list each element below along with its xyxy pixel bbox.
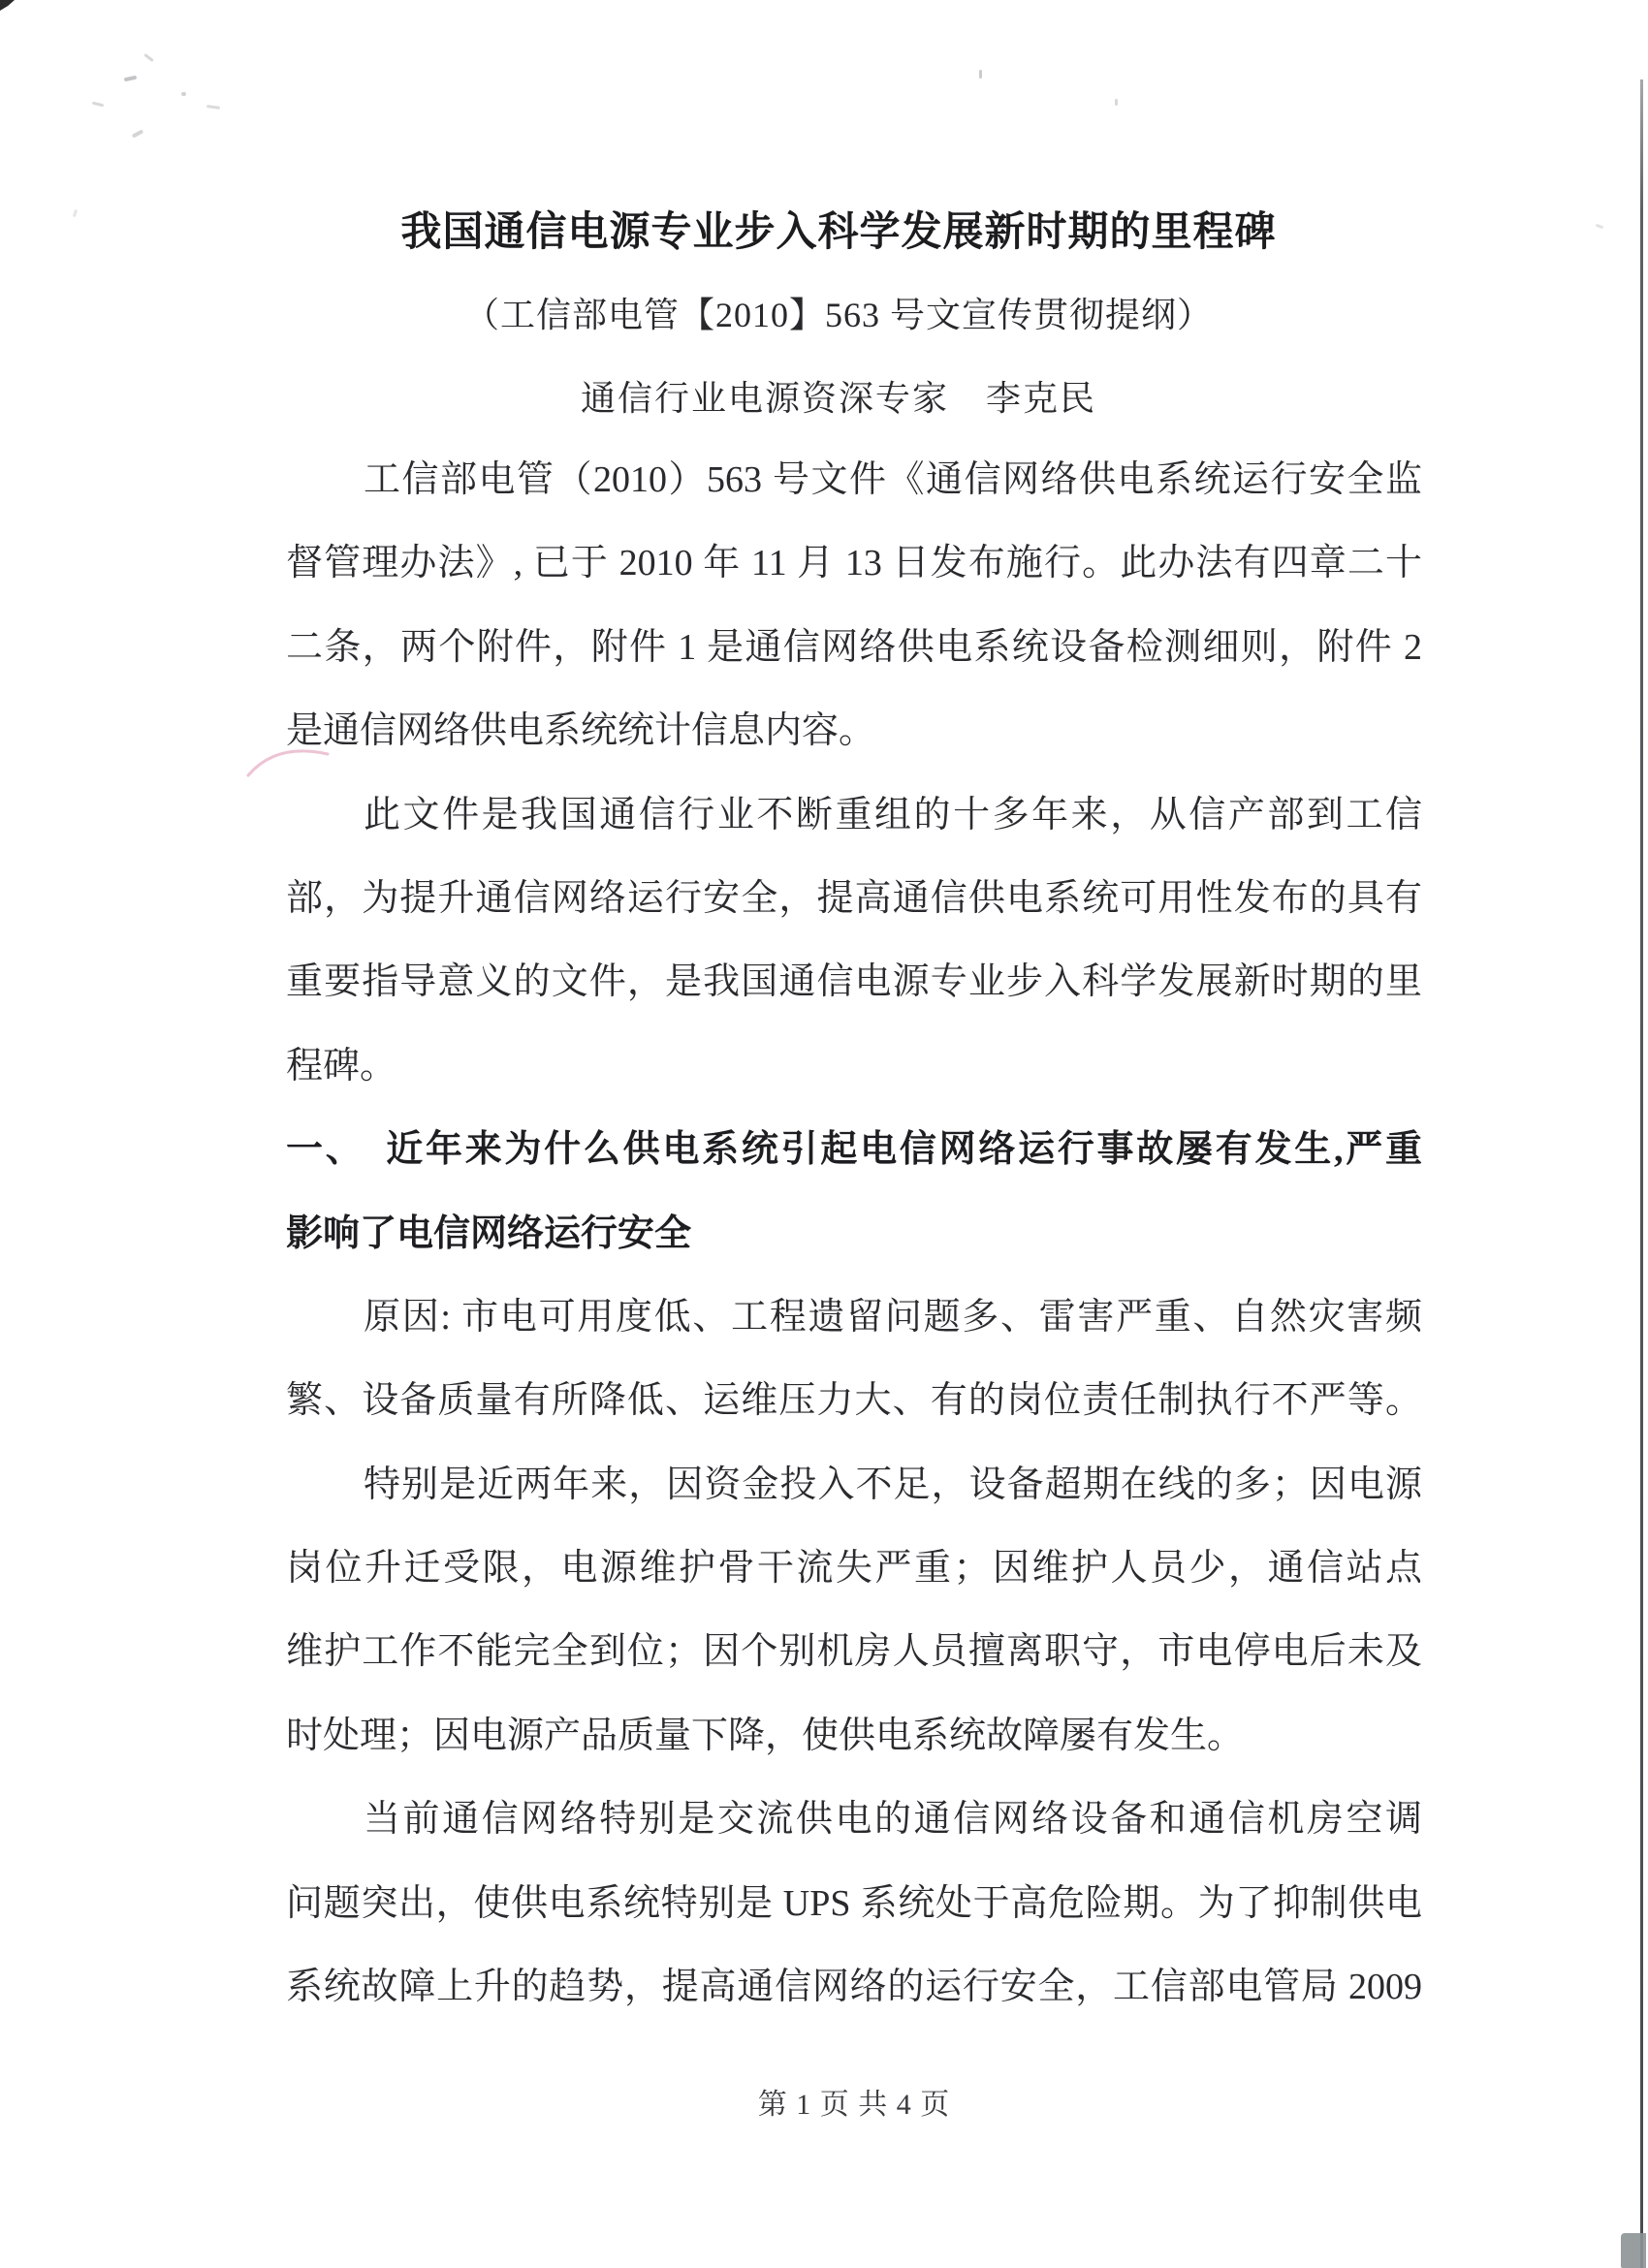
text-line: 原因: 市电可用度低、工程遗留问题多、雷害严重、自然灾害频: [286, 1276, 1422, 1359]
scan-speck: [1115, 99, 1118, 106]
scan-speck: [73, 209, 78, 218]
text-line: 岗位升迁受限，电源维护骨干流失严重；因维护人员少，通信站点多，: [286, 1527, 1422, 1610]
scan-speck: [1596, 224, 1604, 230]
text-line: 此文件是我国通信行业不断重组的十多年来，从信产部到工信: [286, 773, 1422, 857]
scan-edge-line: [1640, 79, 1643, 2268]
document-title: 我国通信电源专业步入科学发展新时期的里程碑: [257, 200, 1420, 258]
text-line: 系统故障上升的趋势，提高通信网络的运行安全，工信部电管局 2009: [286, 1945, 1422, 2029]
text-line: 工信部电管（2010）563 号文件《通信网络供电系统运行安全监: [286, 438, 1422, 521]
text-line: 督管理办法》, 已于 2010 年 11 月 13 日发布施行。此办法有四章二十: [286, 521, 1422, 605]
scan-speck: [143, 53, 154, 62]
text-line: 特别是近两年来，因资金投入不足，设备超期在线的多；因电源: [286, 1443, 1422, 1527]
text-line: 问题突出，使供电系统特别是 UPS 系统处于高危险期。为了抑制供电: [286, 1862, 1422, 1945]
text-line: 当前通信网络特别是交流供电的通信网络设备和通信机房空调: [286, 1778, 1422, 1861]
document-body: 工信部电管（2010）563 号文件《通信网络供电系统运行安全监 督管理办法》,…: [286, 438, 1422, 2029]
text-line: 二条，两个附件，附件 1 是通信网络供电系统设备检测细则，附件 2: [286, 606, 1422, 689]
text-line: 维护工作不能完全到位；因个别机房人员擅离职守，市电停电后未及: [286, 1610, 1422, 1693]
page-number: 第 1 页 共 4 页: [286, 2080, 1422, 2123]
text-line: 部，为提升通信网络运行安全，提高通信供电系统可用性发布的具有: [286, 857, 1422, 940]
section-heading-line: 一、 近年来为什么供电系统引起电信网络运行事故屡有发生,严重: [286, 1108, 1422, 1191]
scan-speck: [979, 70, 982, 79]
scan-corner-mark: [0, 0, 15, 11]
document-subtitle: （工信部电管【2010】563 号文宣传贯彻提纲）: [257, 288, 1420, 337]
scan-speck: [206, 105, 220, 110]
text-line: 程碑。: [286, 1024, 1422, 1108]
pink-pen-mark: [242, 735, 339, 783]
text-line: 繁、设备质量有所降低、运维压力大、有的岗位责任制执行不严等。: [286, 1359, 1422, 1442]
author-byline: 通信行业电源资深专家 李克民: [257, 371, 1420, 421]
section-heading-line: 影响了电信网络运行安全: [286, 1192, 1422, 1276]
scan-speck: [132, 129, 143, 138]
scan-edge-blob: [1621, 2233, 1646, 2268]
document-page: 我国通信电源专业步入科学发展新时期的里程碑 （工信部电管【2010】563 号文…: [0, 0, 1648, 2268]
scan-speck: [181, 92, 186, 96]
text-line: 是通信网络供电系统统计信息内容。: [286, 689, 1422, 772]
text-line: 重要指导意义的文件，是我国通信电源专业步入科学发展新时期的里: [286, 940, 1422, 1024]
text-line: 时处理；因电源产品质量下降，使供电系统故障屡有发生。: [286, 1694, 1422, 1778]
scan-speck: [92, 102, 104, 108]
scan-speck: [124, 76, 138, 82]
